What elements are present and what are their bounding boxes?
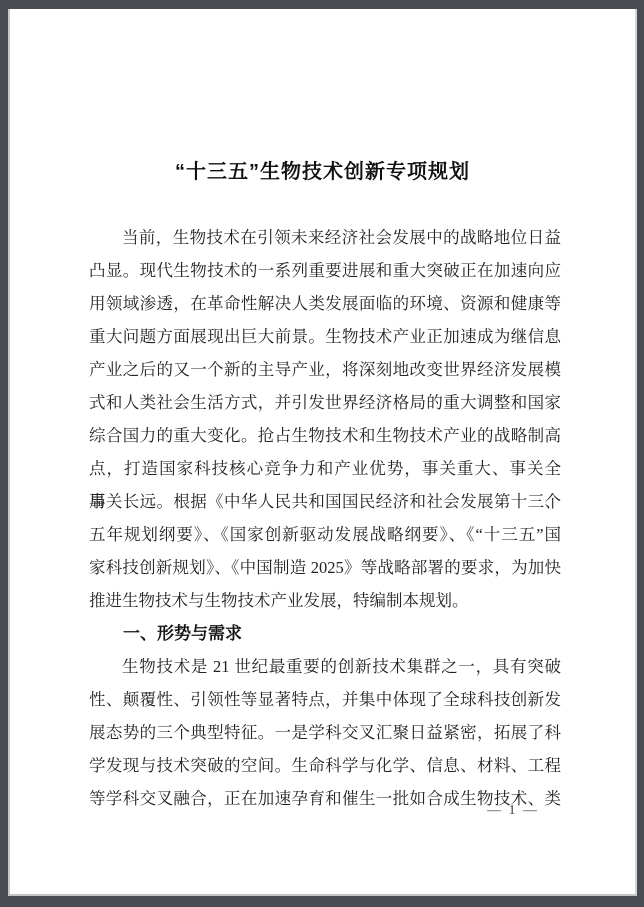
body-line: 五年规划纲要》、《国家创新驱动发展战略纲要》、《“十三五”国 <box>89 518 561 551</box>
body-line: 推进生物技术与生物技术产业发展，特编制本规划。 <box>89 584 561 617</box>
body-line: 式和人类社会生活方式，并引发世界经济格局的重大调整和国家 <box>89 386 561 419</box>
body-line: 综合国力的重大变化。抢占生物技术和生物技术产业的战略制高 <box>89 419 561 452</box>
page-number: — 1 — <box>487 803 539 819</box>
body-line: 点，打造国家科技核心竞争力和产业优势，事关重大、事关全局、 <box>89 452 561 485</box>
section-heading: 一、形势与需求 <box>89 617 561 650</box>
body-line: 用领域渗透，在革命性解决人类发展面临的环境、资源和健康等 <box>89 287 561 320</box>
document-title: “十三五”生物技术创新专项规划 <box>10 155 635 184</box>
document-body: 当前，生物技术在引领未来经济社会发展中的战略地位日益 凸显。现代生物技术的一系列… <box>89 221 561 815</box>
body-line: 产业之后的又一个新的主导产业，将深刻地改变世界经济发展模 <box>89 353 561 386</box>
viewer-background: “十三五”生物技术创新专项规划 当前，生物技术在引领未来经济社会发展中的战略地位… <box>0 0 644 907</box>
body-line: 家科技创新规划》、《中国制造 2025》等战略部署的要求，为加快 <box>89 551 561 584</box>
body-line: 事关长远。根据《中华人民共和国国民经济和社会发展第十三个 <box>89 485 561 518</box>
body-line: 展态势的三个典型特征。一是学科交叉汇聚日益紧密，拓展了科 <box>89 716 561 749</box>
body-line: 学发现与技术突破的空间。生命科学与化学、信息、材料、工程 <box>89 749 561 782</box>
body-line: 重大问题方面展现出巨大前景。生物技术产业正加速成为继信息 <box>89 320 561 353</box>
body-line: 性、颠覆性、引领性等显著特点，并集中体现了全球科技创新发 <box>89 683 561 716</box>
body-line: 生物技术是 21 世纪最重要的创新技术集群之一，具有突破 <box>89 650 561 683</box>
body-line: 凸显。现代生物技术的一系列重要进展和重大突破正在加速向应 <box>89 254 561 287</box>
body-line: 当前，生物技术在引领未来经济社会发展中的战略地位日益 <box>89 221 561 254</box>
document-page: “十三五”生物技术创新专项规划 当前，生物技术在引领未来经济社会发展中的战略地位… <box>8 9 637 896</box>
